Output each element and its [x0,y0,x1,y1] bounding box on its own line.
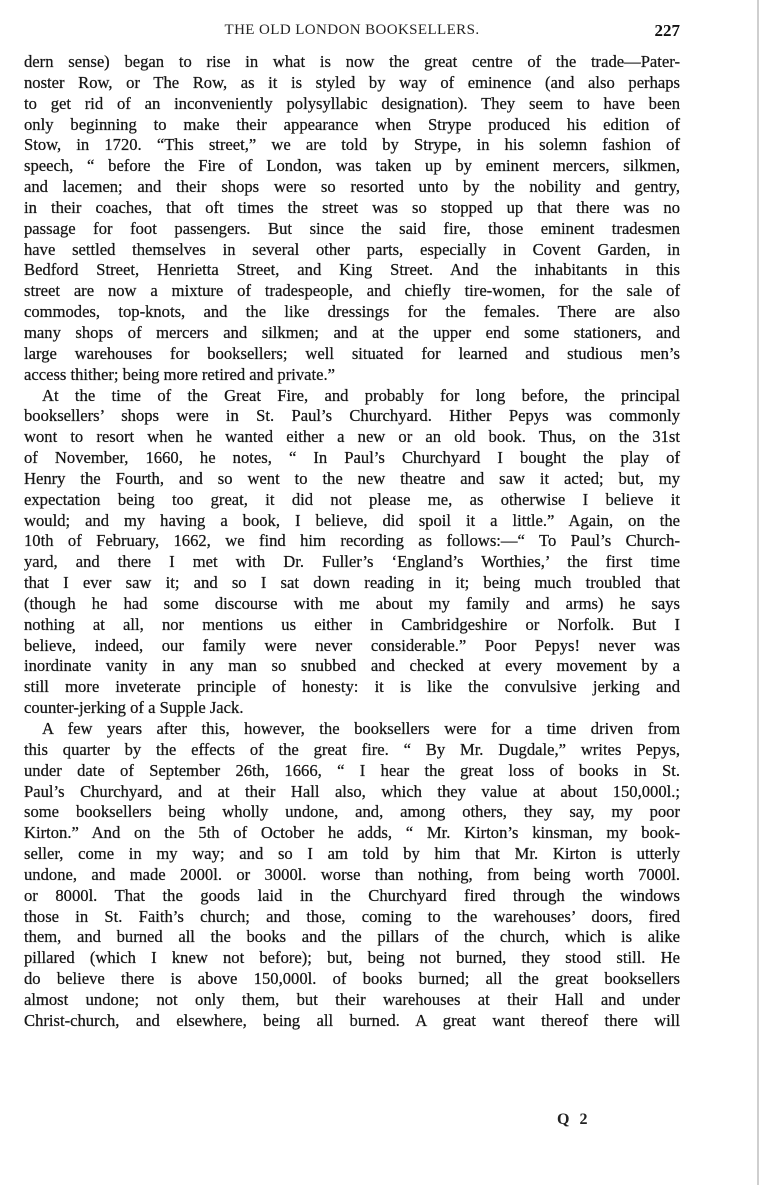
text-line: almost undone; not only them, but their … [24,990,680,1011]
text-line: in their coaches, that oft times the str… [24,198,680,219]
page-number: 227 [655,21,681,41]
text-line: seller, come in my way; and so I am told… [24,844,680,865]
text-line: do believe there is above 150,000l. of b… [24,969,680,990]
text-line: some booksellers being wholly undone, an… [24,802,680,823]
text-line: Henry the Fourth, and so went to the new… [24,469,680,490]
text-line: many shops of mercers and silkmen; and a… [24,323,680,344]
text-line: At the time of the Great Fire, and proba… [24,386,680,407]
text-line: yard, and there I met with Dr. Fuller’s … [24,552,680,573]
signature-mark: Q 2 [557,1111,590,1129]
text-line: (though he had some discourse with me ab… [24,594,680,615]
text-line: 10th of February, 1662, we find him reco… [24,531,680,552]
text-line: those in St. Faith’s church; and those, … [24,907,680,928]
text-line: them, and burned all the books and the p… [24,927,680,948]
text-line: to get rid of an inconveniently polysyll… [24,94,680,115]
text-line: pillared (which I knew not before); but,… [24,948,680,969]
text-line: A few years after this, however, the boo… [24,719,680,740]
text-line: of November, 1660, he notes, “ In Paul’s… [24,448,680,469]
text-line: dern sense) began to rise in what is now… [24,52,680,73]
text-line: only beginning to make their appearance … [24,115,680,136]
text-line: nothing at all, nor mentions us either i… [24,615,680,636]
text-line: Bedford Street, Henrietta Street, and Ki… [24,260,680,281]
text-line: booksellers’ shops were in St. Paul’s Ch… [24,406,680,427]
text-line: passage for foot passengers. But since t… [24,219,680,240]
text-line: have settled themselves in several other… [24,240,680,261]
text-line: counter-jerking of a Supple Jack. [24,698,680,719]
page-edge-divider [757,0,759,1185]
text-line: Stow, in 1720. “This street,” we are tol… [24,135,680,156]
text-line: still more inveterate principle of hones… [24,677,680,698]
text-line: noster Row, or The Row, as it is styled … [24,73,680,94]
text-line: would; and my having a book, I believe, … [24,511,680,532]
text-line: Kirton.” And on the 5th of October he ad… [24,823,680,844]
text-line: undone, and made 2000l. or 3000l. worse … [24,865,680,886]
text-line: speech, “ before the Fire of London, was… [24,156,680,177]
text-line: commodes, top-knots, and the like dressi… [24,302,680,323]
text-line: that I ever saw it; and so I sat down re… [24,573,680,594]
text-line: under date of September 26th, 1666, “ I … [24,761,680,782]
text-line: and lacemen; and their shops were so res… [24,177,680,198]
body-text: dern sense) began to rise in what is now… [24,52,680,1032]
text-line: believe, indeed, our family were never c… [24,636,680,657]
text-line: wont to resort when he wanted either a n… [24,427,680,448]
text-line: street are now a mixture of tradespeople… [24,281,680,302]
text-line: inordinate vanity in any man so snubbed … [24,656,680,677]
text-line: Paul’s Churchyard, and at their Hall als… [24,782,680,803]
running-head: THE OLD LONDON BOOKSELLERS. 227 [24,22,680,42]
text-line: Christ-church, and elsewhere, being all … [24,1011,680,1032]
text-line: access thither; being more retired and p… [24,365,680,386]
text-line: or 8000l. That the goods laid in the Chu… [24,886,680,907]
text-line: this quarter by the effects of the great… [24,740,680,761]
text-line: large warehouses for booksellers; well s… [24,344,680,365]
text-line: expectation being too great, it did not … [24,490,680,511]
running-title: THE OLD LONDON BOOKSELLERS. [24,22,680,39]
